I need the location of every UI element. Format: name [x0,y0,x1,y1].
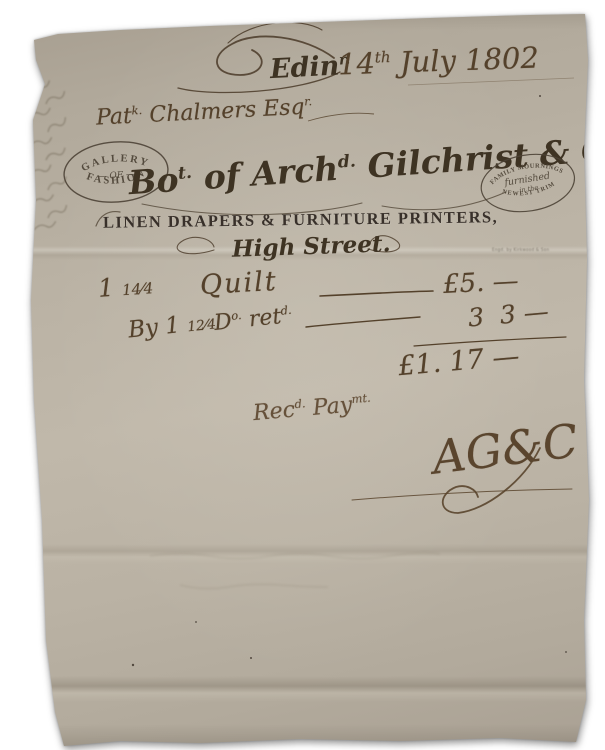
addressee-tail-flourish [308,113,374,121]
billhead-paper: Edinr. 14th July 1802 Patk. Chalmers Esq… [0,0,605,750]
vendor-superscript: t. [177,163,192,184]
ghost-stroke [44,91,66,104]
ghost-stroke [29,165,52,176]
fraction-numerator: 12 [187,318,206,336]
fraction-numerator: 14 [121,280,141,299]
item-desc-text: ret [241,304,283,333]
date-day-superscript: th [374,48,390,67]
item-desc-superscript: d. [280,303,292,318]
date-underline [408,78,574,85]
ghost-stroke [28,80,50,92]
received-text: Pay [305,393,353,422]
ghost-stroke [150,553,440,559]
signature-underline [352,489,572,500]
ink-speck [250,657,252,659]
paper-wrapper: Edinr. 14th July 1802 Patk. Chalmers Esq… [0,0,605,750]
date-day: 14 [337,46,375,81]
item-row-1-desc: Quilt [199,266,278,301]
ink-speck [539,95,541,97]
ghost-band [150,553,440,589]
vendor-text: Bo [127,160,180,202]
ink-speck [565,651,567,653]
ghost-stroke [45,117,67,132]
ghost-stroke [180,584,328,588]
vendor-superscript: d. [337,151,356,172]
item-row-1-amount: £5. — [442,266,519,300]
ghost-stroke [29,137,53,147]
item-row-1-qty: 1 14⁄4 [97,270,154,303]
ghost-stroke [33,221,56,230]
flourish-stroke [177,237,214,253]
item-size-fraction: 14⁄4 [122,288,153,290]
ink-speck [195,621,197,623]
fraction-denominator: 4 [143,279,154,298]
ink-speck [132,664,134,666]
item-prefix: By [127,315,159,344]
street-line: High Street. [232,230,391,263]
item-qty: 1 [97,273,115,303]
handwritten-date: 14th July 1802 [337,41,539,82]
item-size-fraction: 12⁄4 [187,324,215,327]
item-qty: 1 [164,312,181,339]
ghost-stroke [31,195,54,205]
item2-dash-rule [306,317,420,327]
received-superscript: mt. [351,391,371,407]
addressee-text: Pat [95,104,132,131]
place-text: Edin [269,50,340,85]
ghost-stroke [27,108,51,119]
engraver-credit: Engd. by Kirkwood & Son [492,247,549,252]
scan-background: Edinr. 14th July 1802 Patk. Chalmers Esq… [0,0,605,750]
date-month-year: July 1802 [390,41,539,80]
item1-dash-rule [320,291,433,296]
received-text: Rec [252,398,296,427]
addressee-superscript: r. [304,94,313,108]
